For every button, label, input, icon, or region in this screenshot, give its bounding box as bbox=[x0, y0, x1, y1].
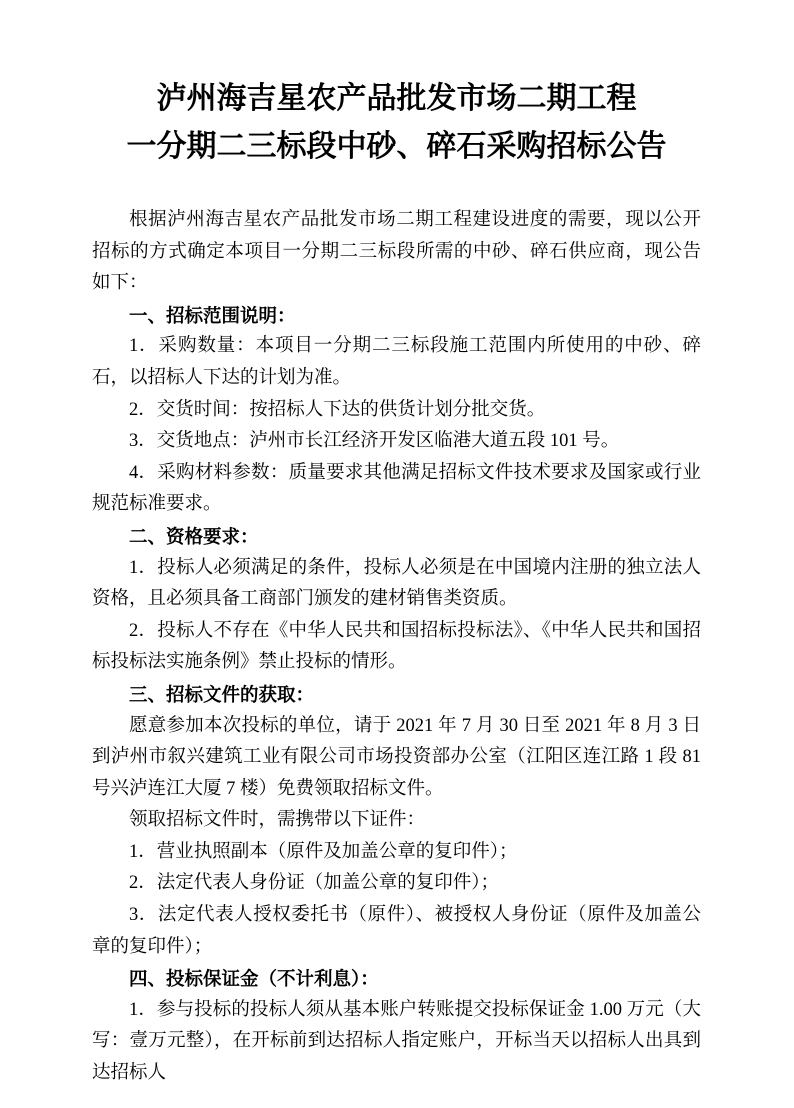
paragraph: 1．投标人必须满足的条件，投标人必须是在中国境内注册的独立法人资格，且必须具备工… bbox=[92, 553, 701, 616]
document-page: 泸州海吉星农产品批发市场二期工程 一分期二三标段中砂、碎石采购招标公告 根据泸州… bbox=[0, 0, 794, 1108]
document-title: 泸州海吉星农产品批发市场二期工程 一分期二三标段中砂、碎石采购招标公告 bbox=[92, 75, 701, 171]
paragraph: 3．交货地点：泸州市长江经济开发区临港大道五段 101 号。 bbox=[92, 426, 701, 458]
paragraph: 2．投标人不存在《中华人民共和国招标投标法》、《中华人民共和国招标投标法实施条例… bbox=[92, 616, 701, 679]
paragraph: 1．采购数量：本项目一分期二三标段施工范围内所使用的中砂、碎石，以招标人下达的计… bbox=[92, 331, 701, 394]
section-heading: 一、招标范围说明： bbox=[92, 300, 701, 332]
paragraph: 1．营业执照副本（原件及加盖公章的复印件）； bbox=[92, 837, 701, 869]
paragraph: 1．参与投标的投标人须从基本账户转账提交投标保证金 1.00 万元（大写：壹万元… bbox=[92, 995, 701, 1090]
section-heading: 二、资格要求： bbox=[92, 521, 701, 553]
paragraph: 领取招标文件时，需携带以下证件： bbox=[92, 805, 701, 837]
paragraph: 愿意参加本次投标的单位，请于 2021 年 7 月 30 日至 2021 年 8… bbox=[92, 711, 701, 806]
paragraph: 根据泸州海吉星农产品批发市场二期工程建设进度的需要，现以公开招标的方式确定本项目… bbox=[92, 205, 701, 300]
paragraph: 4．采购材料参数：质量要求其他满足招标文件技术要求及国家或行业规范标准要求。 bbox=[92, 458, 701, 521]
document-title-line1: 泸州海吉星农产品批发市场二期工程 bbox=[92, 75, 701, 123]
document-title-line2: 一分期二三标段中砂、碎石采购招标公告 bbox=[92, 123, 701, 171]
section-heading: 三、招标文件的获取： bbox=[92, 679, 701, 711]
section-heading: 四、投标保证金（不计利息）： bbox=[92, 963, 701, 995]
paragraph: 3．法定代表人授权委托书（原件）、被授权人身份证（原件及加盖公章的复印件）； bbox=[92, 900, 701, 963]
paragraph: 2．法定代表人身份证（加盖公章的复印件）； bbox=[92, 868, 701, 900]
paragraph: 2．交货时间：按招标人下达的供货计划分批交货。 bbox=[92, 395, 701, 427]
document-body: 根据泸州海吉星农产品批发市场二期工程建设进度的需要，现以公开招标的方式确定本项目… bbox=[92, 205, 701, 1090]
